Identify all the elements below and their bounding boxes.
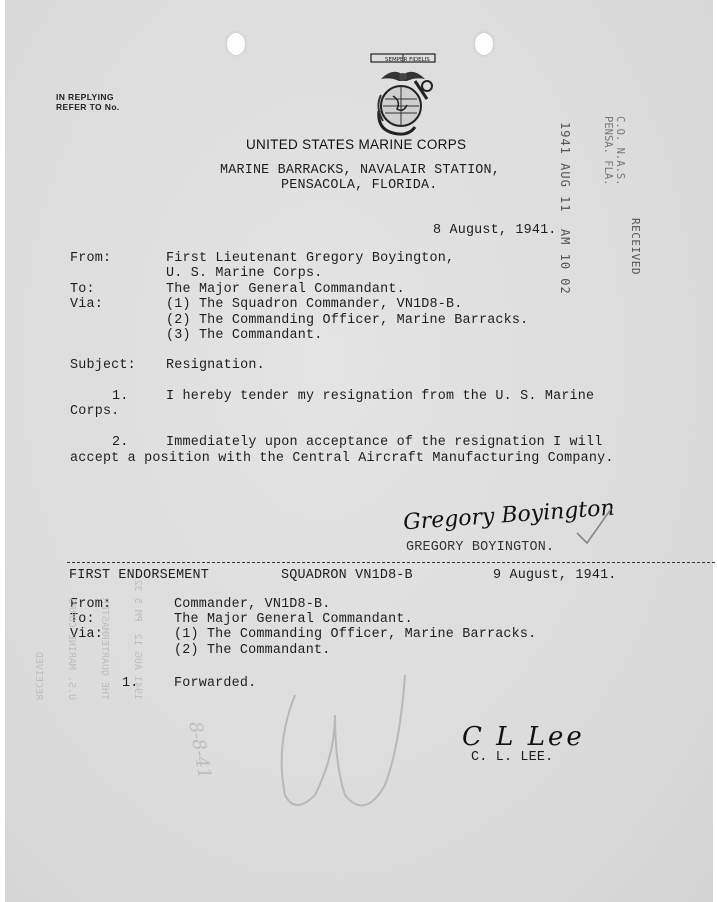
received-stamp-office: C.O. N.A.S.PENSA. FLA.	[602, 116, 626, 186]
header-label-via: Via:	[70, 297, 103, 312]
header-to-line: The Major General Commandant.	[166, 282, 405, 297]
endorsement-to-line: The Major General Commandant.	[174, 612, 413, 627]
received-stamp-label: RECEIVED	[629, 218, 642, 275]
endorsement-unit: SQUADRON VN1D8-B	[281, 568, 413, 583]
punch-hole-left	[227, 33, 245, 55]
eagle-globe-anchor-icon: SEMPER FIDELIS	[363, 51, 443, 141]
typed-name-lee: C. L. LEE.	[471, 750, 553, 765]
header-label-to: To:	[70, 282, 95, 297]
header-from-line-1: First Lieutenant Gregory Boyington,	[166, 251, 454, 266]
paragraph-1-line-2: Corps.	[70, 404, 119, 419]
header-from-line-2: U. S. Marine Corps.	[166, 266, 322, 281]
paragraph-1-line-1: I hereby tender my resignation from the …	[166, 389, 594, 404]
endorsement-via-line-1: (1) The Commanding Officer, Marine Barra…	[174, 627, 536, 642]
organization-name: UNITED STATES MARINE CORPS	[246, 137, 466, 152]
header-via-line-1: (1) The Squadron Commander, VN1D8-B.	[166, 297, 463, 312]
bleed-through-stamp: 1941 AUG 12 PM 5 32 THE QUARTERMASTER U.…	[11, 580, 165, 700]
paragraph-2-line-1: Immediately upon acceptance of the resig…	[166, 435, 603, 450]
letter-date: 8 August, 1941.	[433, 223, 557, 238]
subject-value: Resignation.	[166, 358, 265, 373]
signature-lee: C L Lee	[462, 722, 585, 752]
bleed-through-scrawl	[265, 675, 425, 825]
paragraph-1-number: 1.	[112, 389, 128, 404]
address-line-1: MARINE BARRACKS, NAVALAIR STATION,	[220, 163, 500, 178]
typed-name-boyington: GREGORY BOYINGTON.	[406, 540, 554, 555]
punch-hole-right	[475, 33, 493, 55]
emblem-logo: SEMPER FIDELIS	[325, 33, 405, 123]
received-stamp-datetime: 1941 AUG 11 AM 10 02	[558, 122, 572, 295]
address-line-2: PENSACOLA, FLORIDA.	[281, 178, 437, 193]
header-label-from: From:	[70, 251, 111, 266]
paragraph-2-number: 2.	[112, 435, 128, 450]
endorsement-from-line: Commander, VN1D8-B.	[174, 597, 330, 612]
check-mark-icon	[575, 505, 615, 545]
header-via-line-2: (2) The Commanding Officer, Marine Barra…	[166, 313, 528, 328]
header-via-line-3: (3) The Commandant.	[166, 328, 322, 343]
reply-reference-label: IN REPLYINGREFER TO No.	[56, 92, 120, 112]
bleed-through-handwriting: 8-8-41	[184, 720, 215, 781]
subject-label: Subject:	[70, 358, 136, 373]
paragraph-2-line-2: accept a position with the Central Aircr…	[70, 451, 614, 466]
endorsement-divider	[67, 562, 715, 563]
endorsement-via-line-2: (2) The Commandant.	[174, 643, 330, 658]
document-page: SEMPER FIDELIS IN REPLYINGREFER TO No. U…	[5, 0, 713, 902]
svg-text:SEMPER FIDELIS: SEMPER FIDELIS	[385, 57, 430, 63]
endorsement-paragraph: Forwarded.	[174, 676, 256, 691]
endorsement-date: 9 August, 1941.	[493, 568, 617, 583]
